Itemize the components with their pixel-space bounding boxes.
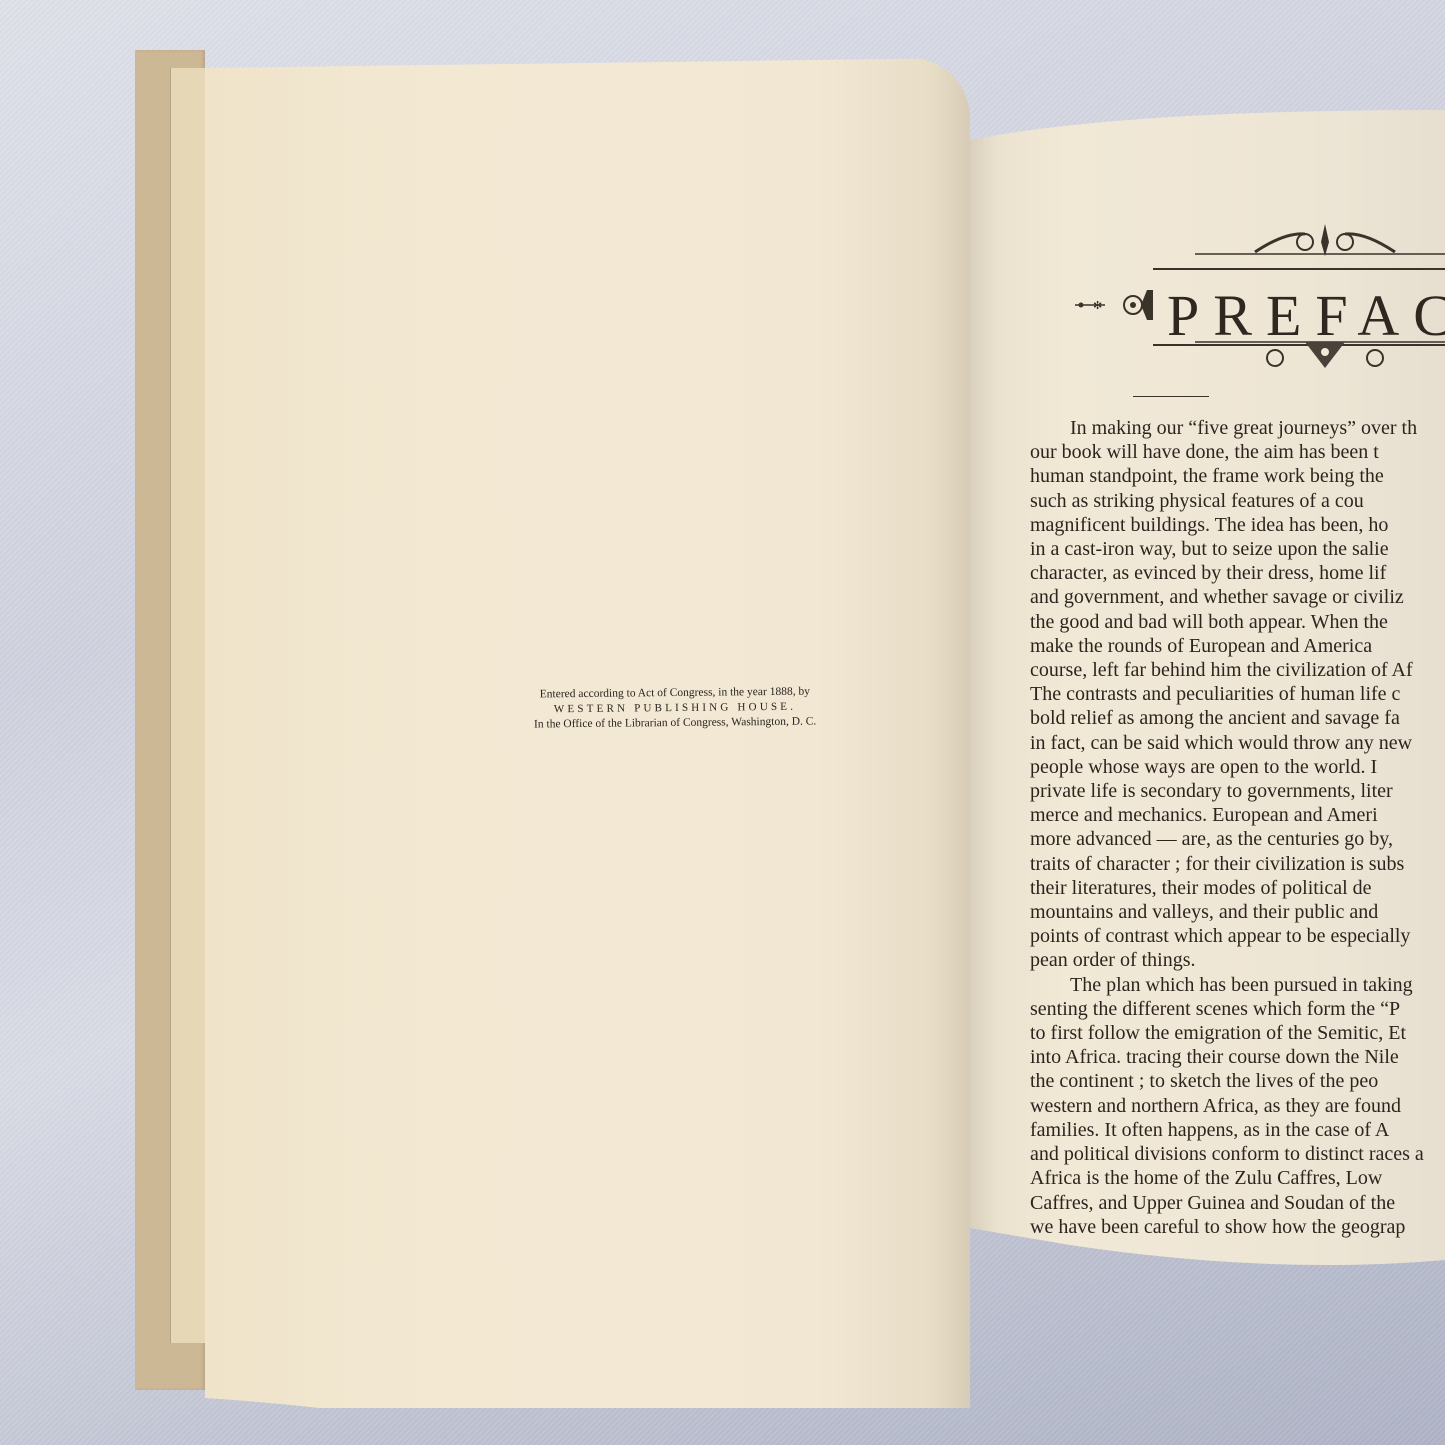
text-line: points of contrast which appear to be es… bbox=[1030, 924, 1445, 948]
text-line: such as striking physical features of a … bbox=[1030, 489, 1445, 513]
preface-body: In making our “five great journeys” over… bbox=[1030, 416, 1445, 1239]
text-line: in a cast-iron way, but to seize upon th… bbox=[1030, 537, 1445, 561]
text-line: character, as evinced by their dress, ho… bbox=[1030, 561, 1445, 585]
text-line: merce and mechanics. European and Ameri bbox=[1030, 803, 1445, 827]
text-line: human standpoint, the frame work being t… bbox=[1030, 464, 1445, 488]
text-line: mountains and valleys, and their public … bbox=[1030, 900, 1445, 924]
text-line: The contrasts and peculiarities of human… bbox=[1030, 682, 1445, 706]
left-page: Entered according to Act of Congress, in… bbox=[205, 58, 970, 1408]
text-line: our book will have done, the aim has bee… bbox=[1030, 440, 1445, 464]
text-line: people whose ways are open to the world.… bbox=[1030, 755, 1445, 779]
text-line: The plan which has been pursued in takin… bbox=[1030, 973, 1445, 997]
book-flyleaf bbox=[170, 68, 211, 1343]
text-line: we have been careful to show how the geo… bbox=[1030, 1215, 1445, 1239]
text-line: senting the different scenes which form … bbox=[1030, 997, 1445, 1021]
text-line: make the rounds of European and America bbox=[1030, 634, 1445, 658]
preface-heading-block: ✻ PREFAC bbox=[1075, 260, 1445, 360]
copyright-imprint: Entered according to Act of Congress, in… bbox=[475, 684, 875, 733]
scroll-ornament-bottom-icon bbox=[1195, 338, 1445, 378]
scroll-ornament-top-icon bbox=[1195, 222, 1445, 262]
text-line: traits of character ; for their civiliza… bbox=[1030, 852, 1445, 876]
svg-text:✻: ✻ bbox=[1093, 300, 1102, 312]
text-line: private life is secondary to governments… bbox=[1030, 779, 1445, 803]
text-line: Africa is the home of the Zulu Caffres, … bbox=[1030, 1166, 1445, 1190]
text-line: and government, and whether savage or ci… bbox=[1030, 585, 1445, 609]
text-line: in fact, can be said which would throw a… bbox=[1030, 731, 1445, 755]
text-line: course, left far behind him the civiliza… bbox=[1030, 658, 1445, 682]
fleuron-ornament-left-icon: ✻ bbox=[1075, 290, 1153, 320]
text-line: the continent ; to sketch the lives of t… bbox=[1030, 1069, 1445, 1093]
text-line: Caffres, and Upper Guinea and Soudan of … bbox=[1030, 1191, 1445, 1215]
text-line: western and northern Africa, as they are… bbox=[1030, 1094, 1445, 1118]
text-line: In making our “five great journeys” over… bbox=[1030, 416, 1445, 440]
text-line: their literatures, their modes of politi… bbox=[1030, 876, 1445, 900]
right-page: ✻ PREFAC In making our “five great journ… bbox=[970, 100, 1445, 1380]
text-line: bold relief as among the ancient and sav… bbox=[1030, 706, 1445, 730]
text-line: the good and bad will both appear. When … bbox=[1030, 610, 1445, 634]
text-line: more advanced — are, as the centuries go… bbox=[1030, 827, 1445, 851]
text-line: to first follow the emigration of the Se… bbox=[1030, 1021, 1445, 1045]
heading-rule bbox=[1133, 396, 1209, 397]
text-line: into Africa. tracing their course down t… bbox=[1030, 1045, 1445, 1069]
text-line: pean order of things. bbox=[1030, 948, 1445, 972]
text-line: families. It often happens, as in the ca… bbox=[1030, 1118, 1445, 1142]
imprint-line-3: In the Office of the Librarian of Congre… bbox=[475, 714, 875, 733]
text-line: magnificent buildings. The idea has been… bbox=[1030, 513, 1445, 537]
text-line: and political divisions conform to disti… bbox=[1030, 1142, 1445, 1166]
